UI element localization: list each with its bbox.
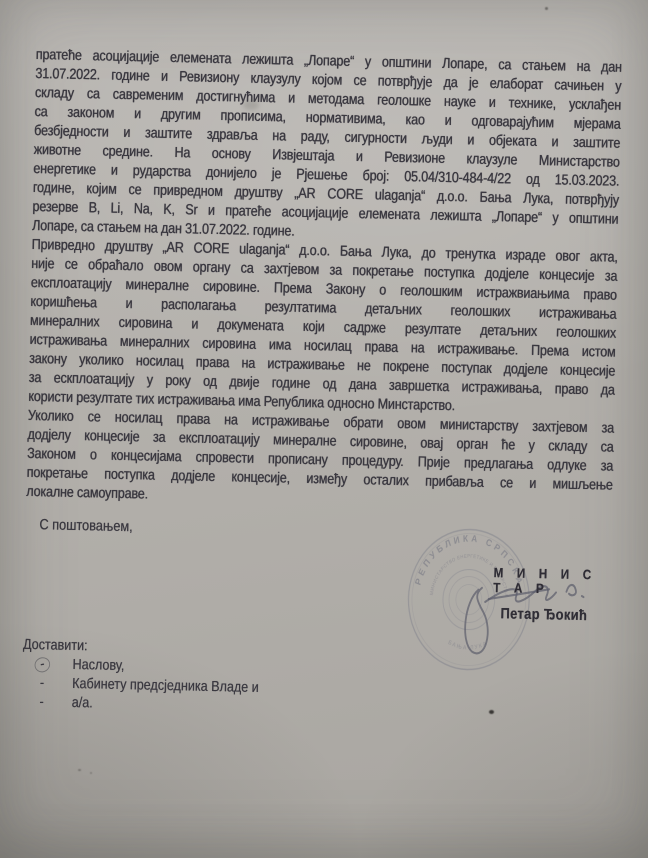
paper-speck <box>78 769 81 771</box>
distribution-list: Доставити: - Наслову, - Кабинету предсје… <box>21 636 385 719</box>
paper-speck <box>489 710 494 714</box>
dash-bullet: - <box>34 693 50 711</box>
paper-speck <box>545 7 548 10</box>
closing-salutation: С поштовањем, <box>39 517 133 535</box>
paper-smudge <box>243 100 259 110</box>
letter-content: пратећеасоцијацијеелеменаталежишта„Лопар… <box>21 46 622 759</box>
paper-speck <box>90 772 92 774</box>
letter-body: пратећеасоцијацијеелеменаталежишта„Лопар… <box>26 46 622 515</box>
distribution-item-label: а/а. <box>71 694 92 712</box>
minister-title: М И Н И С Т А Р <box>493 565 611 598</box>
dash-bullet-circled: - <box>34 655 51 673</box>
scanned-letter-page: пратећеасоцијацијеелеменаталежишта„Лопар… <box>0 0 648 858</box>
distribution-item-label: Наслову, <box>72 656 124 675</box>
minister-name: Петар Ђокић <box>500 605 587 624</box>
dash-bullet: - <box>34 674 50 692</box>
